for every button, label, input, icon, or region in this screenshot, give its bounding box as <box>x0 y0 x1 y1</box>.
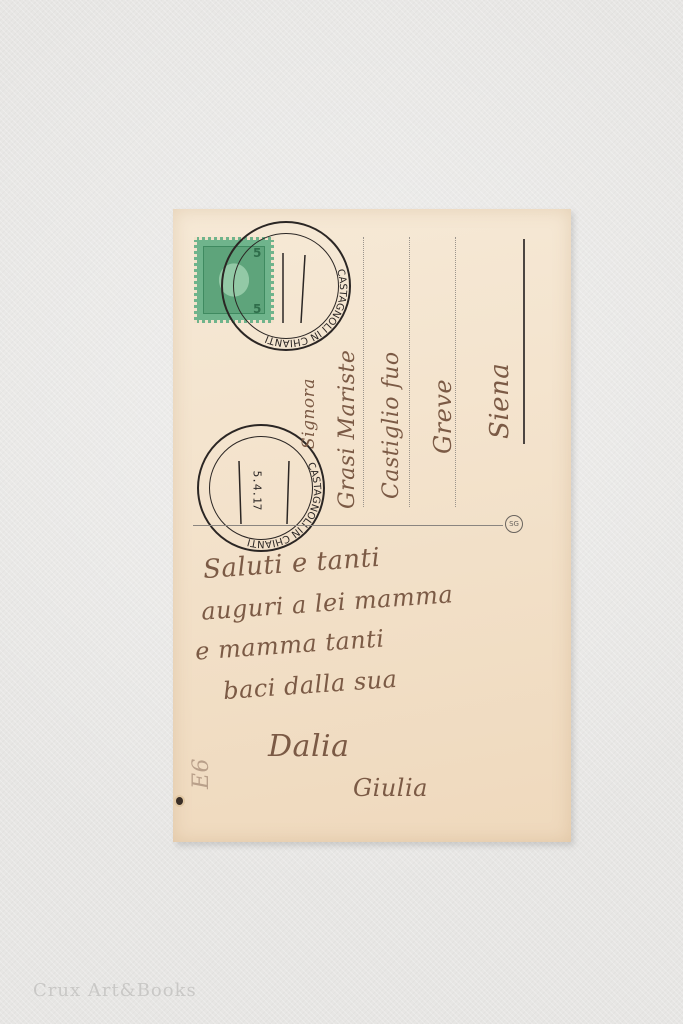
message-line-3: e mamma tanti <box>194 624 385 665</box>
message-line-4: baci dalla sua <box>222 665 398 705</box>
address-text-3: Castiglio fuo <box>379 351 404 499</box>
message-line-2: auguri a lei mamma <box>200 580 454 626</box>
watermark: Crux Art&Books <box>33 980 197 1001</box>
svg-text:CASTAGNOLI IN CHIANTI: CASTAGNOLI IN CHIANTI <box>249 267 353 353</box>
address-text-1: Signora <box>299 378 319 449</box>
postmark-top: CASTAGNOLI IN CHIANTI <box>221 221 351 351</box>
address-text-5: Siena <box>485 363 515 439</box>
punch-hole <box>176 797 183 805</box>
address-text-2: Grasi Mariste <box>335 350 360 509</box>
address-line-1 <box>363 237 364 507</box>
address-text-4: Greve <box>429 379 457 454</box>
publisher-logo: SG <box>505 515 523 533</box>
address-line-4 <box>523 239 525 444</box>
address-line-3 <box>455 237 456 507</box>
margin-note: E6 <box>189 758 214 789</box>
postmark-date: 5.4.17 <box>250 471 263 511</box>
signature-2: Giulia <box>353 774 428 802</box>
postmark-top-text: CASTAGNOLI IN CHIANTI <box>223 223 353 353</box>
postcard: 5 5 CASTAGNOLI IN CHIANTI CASTAGNOLI IN … <box>173 209 571 842</box>
address-line-2 <box>409 237 410 507</box>
signature-1: Dalia <box>268 729 350 764</box>
message-divider <box>193 525 503 526</box>
